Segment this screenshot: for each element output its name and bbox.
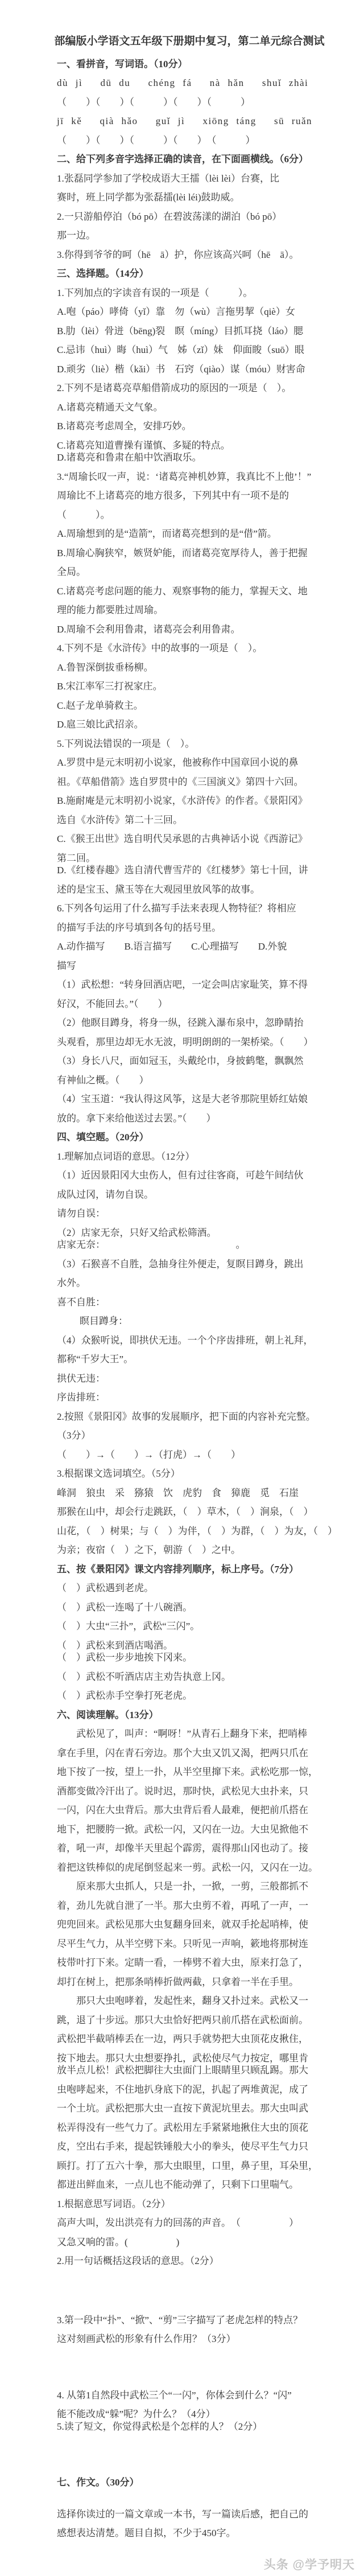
- text-line: 周瑜比不上诸葛亮的地方很多，下列其中有一项不是的: [57, 486, 330, 506]
- text-line: A.鲁智深倒拔垂杨柳。: [57, 658, 330, 677]
- text-line: 2.用一句话概括这段话的意思。（2分）: [57, 2252, 330, 2271]
- text-line: 却打在树上，把那条哨棒折做两截，只拿着一半在手里。: [57, 1973, 330, 1992]
- text-line: 描写: [57, 956, 330, 976]
- text-line: 武松把半截哨棒丢在一边，两只手就势把大虫顶花皮揪住，: [57, 2029, 330, 2049]
- text-line: （1）近因景阳冈大虫伤人，但有过往客商，可趁午间结伙: [57, 1166, 330, 1185]
- text-line: D.顽劣（liè）楷（kǎi）书 石窍（qiào）谋（móu）财害命: [57, 360, 330, 379]
- text-line: D.扈三娘比武招亲。: [57, 715, 330, 734]
- text-line: 酒都变做冷汗出了。说时迟，那时快，武松见大虫扑来，只: [57, 1782, 330, 1801]
- text-line: jī kě qià hǎo guǐ jì xiōng táng sū ruǎn: [57, 112, 330, 131]
- text-line: 1.张磊同学参加了学校成语大王擂（lèi lèi）台赛，比: [57, 169, 330, 188]
- watermark: 头条 @学予明天: [264, 2556, 355, 2573]
- text-line: （4）众猴听说，即拱伏无违。一个个序齿排班，朝上礼拜，: [57, 1331, 330, 1350]
- text-line: （3）身长八尺，面如冠玉，头戴纶巾，身披鹤氅，飘飘然: [57, 1051, 330, 1071]
- section-heading: 四、填空题。（20分）: [57, 1128, 330, 1147]
- text-line: 武松见了，叫声：“啊呀！”从青石上翻身下来，把哨棒: [57, 1724, 330, 1744]
- text-line: 请勿自误：: [57, 1204, 330, 1223]
- text-line: 着，劲儿先就自泄了一半。那大虫剪不着，再吼了一声，一: [57, 1896, 330, 1916]
- text-line: 1.根据意思写词语。（2分）: [57, 2195, 330, 2214]
- text-line: 水外。: [57, 1273, 330, 1293]
- text-line: 那猴在山中，却会行走跳跃，（ ）草木，（ ）涧泉，（ ）: [57, 1502, 330, 1522]
- text-line: （ ）（ ）（ ）（ ） （ ）: [57, 131, 330, 150]
- text-line: 松弄得没有一些气力了。武松用左手紧紧地揪住大虫的顶花: [57, 2118, 330, 2138]
- text-line: A.咆（páo）哮倚（yǐ）靠 勿（wù）言拖男挈（qiè）女: [57, 302, 330, 322]
- text-line: 1.下列加点的字读音有误的一项是（ ）。: [57, 284, 330, 303]
- text-line: 头观看，那里边却无水无波，明明朗朗的一架桥梁。（ ）: [57, 1033, 330, 1052]
- text-line: 瞑目蹲身：: [57, 1312, 330, 1331]
- section-heading: 七、作文。（30分）: [57, 2473, 330, 2492]
- text-line: （ ）武松遇到老虎。: [57, 1579, 330, 1598]
- text-line: 原来那大虫抓人，只是一扑，一掀，一剪，三般都抓不: [57, 1877, 330, 1896]
- text-line: 一闪，闪在大虫背后。那大虫背后看人最难，便把前爪搭在: [57, 1801, 330, 1820]
- text-line: 为亲；夜宿（ ）之下，朝游（ ）之中。: [57, 1540, 330, 1560]
- text-line: （ ）大虫“三扑”，武松“三闪”。: [57, 1617, 330, 1636]
- text-line: D.《红楼春趣》选自清代曹雪芹的《红楼梦》第七十回，讲: [57, 861, 330, 880]
- text-line: （3）石猴喜不自胜，急抽身往外便走，复瞑目蹲身，跳出: [57, 1255, 330, 1274]
- text-line: 那只大虫咆哮着，发起性来，翻身又扑过来。武松又一: [57, 1991, 330, 2011]
- text-line: （ ）武松一连喝了十八碗酒。: [57, 1598, 330, 1617]
- text-line: 皮，空出右手来，提起铁锤般大小的拳头，使尽平生气力只: [57, 2137, 330, 2156]
- text-line: 好汉，不能回去。”（ ）: [57, 995, 330, 1014]
- text-line: 这对刻画武松的形象有什么作用？（3分）: [57, 2330, 330, 2349]
- text-line: 5.读了短文，你觉得武松是个怎样的人？（2分）: [57, 2417, 330, 2437]
- text-line: 着，吼一声，却像半天里起个霹雳，震得那山冈也动了。接: [57, 1839, 330, 1858]
- text-line: 放半点儿松！武松把脚往大虫面门上眼睛里只顾乱踢。那大: [57, 2061, 330, 2080]
- text-line: A.诸葛亮精通天文气象。: [57, 398, 330, 417]
- text-line: A.周瑜想到的是“造箭”，而诸葛亮想到的是“借”箭。: [57, 524, 330, 544]
- text-line: 5.下列说法错误的一项是（ ）。: [57, 734, 330, 754]
- text-line: 祖。《草船借箭》选自罗贯中的《三国演义》第四十六回。: [57, 773, 330, 792]
- document-body: 部编版小学语文五年级下册期中复习，第二单元综合测试一、看拼音，写词语。（10分）…: [0, 0, 364, 2543]
- text-line: （ ）。: [57, 506, 330, 525]
- text-line: 3.第一段中“扑”、“掀”、“剪”三字描写了老虎怎样的特点？: [57, 2311, 330, 2330]
- text-line: 高声大叫，发出洪亮有力的回荡的声音。 （ ）: [57, 2213, 330, 2233]
- text-line: dù jì dū du chéng fá nà hǎn shuǐ zhài: [57, 73, 330, 93]
- text-line: 4. 从第1自然段中武松三个“一闪”，你体会到什么？“闪”: [57, 2386, 330, 2405]
- text-line: 赛时，班上同学都为张磊擂(lèi léi)鼓助威。: [57, 188, 330, 207]
- text-line: 山花，（ ）树果；与（ ）为伴，（ ）为群，（ ）为友，（ ）: [57, 1522, 330, 1541]
- text-line: A.罗贯中是元末明初小说家，他被称作中国章回小说的鼻: [57, 753, 330, 773]
- text-line: （ ）（ ）（ ）（ ）（ ）: [57, 93, 330, 112]
- text-line: 序齿排班：: [57, 1388, 330, 1407]
- text-line: 全局。: [57, 562, 330, 582]
- text-line: D.诸葛亮和鲁肃在船中饮酒取乐。: [57, 448, 330, 467]
- text-line: D.周瑜不会利用鲁肃，诸葛亮会利用鲁肃。: [57, 620, 330, 639]
- test-paper-page: 部编版小学语文五年级下册期中复习，第二单元综合测试一、看拼音，写词语。（10分）…: [0, 0, 364, 2576]
- section-heading: 三、选择题。（14分）: [57, 264, 330, 284]
- text-line: 地下，把腰胯一掀。武松一闪，又闪在一边。大虫见掀他不: [57, 1820, 330, 1839]
- text-line: （2）他瞑目蹲身，将身一纵，径跳入瀑布泉中，忽睁睛抬: [57, 1013, 330, 1033]
- text-line: 着把这铁棒似的虎尾倒竖起来一剪。武松一闪，又闪在一边。: [57, 1858, 330, 1877]
- text-line: C.诸葛亮考虑问题的能力、观察事物的能力，掌握天文、地: [57, 582, 330, 601]
- text-line: 放的。拿下来给他送过去罢。”（ ）: [57, 1109, 330, 1128]
- text-line: （ ）→（ ）→（打虎）→（ ）: [57, 1445, 330, 1465]
- text-line: 2.一只游船停泊（bó pō）在碧波荡漾的湖泊（bó pō）: [57, 207, 330, 227]
- text-line: C.忌讳（huì）晦（huì）气 姊（zǐ）妹 仰面睃（suō）眼: [57, 340, 330, 360]
- text-line: B.周瑜心胸狭窄，嫉贤妒能，而诸葛亮宽厚待人，善于把握: [57, 544, 330, 563]
- text-line: （4）宝玉道：“我认得这风筝，这是大老爷那院里娇红姑娘: [57, 1090, 330, 1109]
- section-heading: 五、按《景阳冈》课文内容排列顺序，标上序号。（7分）: [57, 1560, 330, 1579]
- text-line: 枝带叶打下来。定睛一看，一棒劈不着大虫，原来打急了，: [57, 1953, 330, 1973]
- section-heading: 六、阅读理解。（13分）: [57, 1706, 330, 1725]
- text-line: C.《猴王出世》选自明代吴承恩的古典神话小说《西游记》: [57, 829, 330, 849]
- text-line: 拱伏无违：: [57, 1369, 330, 1388]
- text-line: 顾打。打了五六十拳，那大虫眼里，口里，鼻子里，耳朵里，: [57, 2156, 330, 2176]
- text-line: 一个土坑。武松把那大虫一直按下黄泥坑里去。那大虫叫武: [57, 2099, 330, 2118]
- text-line: B.诸葛亮考虑周全，安排巧妙。: [57, 417, 330, 436]
- text-line: 3.“周瑜长叹一声，说：‘诸葛亮神机妙算，我真比不上他’！”: [57, 467, 330, 487]
- text-line: B.肋（lèi）骨迸（bēng)裂 瞑（míng）目抓耳挠（láo）腮: [57, 322, 330, 341]
- text-line: 又急又响的雷。( ): [57, 2233, 330, 2252]
- text-line: B.宋江率军三打祝家庄。: [57, 677, 330, 696]
- text-line: 2.按照《景阳冈》故事的发展顺序，把下面的内容补充完整。: [57, 1407, 330, 1427]
- text-line: 那一边。: [57, 226, 330, 245]
- text-line: 兜兜回来。武松见那大虫复翻身回来，就双手抡起哨棒，使: [57, 1915, 330, 1934]
- text-line: 虫咆哮起来，不住地扒身底下的泥，扒起了两堆黄泥，成了: [57, 2080, 330, 2100]
- text-line: 跳，退了十步远。那只大虫恰好把两只前爪搭在武松面前。: [57, 2011, 330, 2030]
- text-line: 感想表达清楚。题目自拟，不少于450字。: [57, 2524, 330, 2543]
- text-line: 6.下列各句运用了什么描写手法来表现人物特征？将相应: [57, 899, 330, 918]
- text-line: 成队过冈，请勿自误。: [57, 1185, 330, 1205]
- text-line: 3.根据课文选词填空。（5分）: [57, 1464, 330, 1484]
- text-line: 2.下列不是诸葛亮草船借箭成功的原因的一项是（ ）。: [57, 379, 330, 398]
- text-line: （ ）武松不听酒店店主劝告执意上冈。: [57, 1667, 330, 1687]
- text-line: （3分）: [57, 1426, 330, 1445]
- text-line: 峰洞 狼虫 采 猕猿 饮 虎豹 食 獐鹿 觅 石崖: [57, 1484, 330, 1503]
- text-line: B.施耐庵是元末明初小说家，《水浒传》的作者。《景阳冈》: [57, 791, 330, 811]
- text-line: 店家无奈： 。: [57, 1235, 330, 1255]
- text-line: 都迸出鲜血来，一点儿也不能动弹了，只剩下口里喘气。: [57, 2175, 330, 2195]
- text-line: 尽平生气力，从半空劈下来。只听见一声响，簌地将那树连: [57, 1934, 330, 1954]
- text-line: （ ）武松赤手空拳打死老虎。: [57, 1686, 330, 1706]
- section-heading: 二、给下列多音字选择正确的读音，在下面画横线。（6分）: [57, 150, 330, 169]
- section-heading: 一、看拼音，写词语。（10分）: [57, 55, 330, 74]
- text-line: （ ）武松一步步地挨下冈来。: [57, 1648, 330, 1667]
- text-line: 3.你得到爷爷的呵（hē ā）护，你应该高兴呵（hē ā）。: [57, 245, 330, 265]
- text-line: 地下按了一按，望上一扑，从半空里撺下来。武松吃那一惊，: [57, 1762, 330, 1782]
- text-line: 4.下列不是《水浒传》中的故事的一项是（ ）。: [57, 639, 330, 658]
- text-line: 拿在手里，闪在青石旁边。那个大虫又饥又渴，把两只爪在: [57, 1744, 330, 1763]
- text-line: 选择你读过的一篇文章或一本书，写一篇读后感，把自己的: [57, 2505, 330, 2524]
- text-line: 选自《水浒传》第二十三回。: [57, 811, 330, 830]
- text-line: 有神仙之概。（ ）: [57, 1071, 330, 1090]
- text-line: A.动作描写 B.语言描写 C.心理描写 D.外貌: [57, 937, 330, 956]
- text-line: 述的是宝玉、黛玉等在大观园里放风筝的故事。: [57, 880, 330, 899]
- text-line: 都称“千岁大王”。: [57, 1350, 330, 1369]
- text-line: 喜不自胜：: [57, 1293, 330, 1312]
- text-line: 理的能力都要胜过周瑜。: [57, 601, 330, 620]
- text-line: 1.理解加点词语的意思。（12分）: [57, 1147, 330, 1166]
- text-line: C.赵子龙单骑救主。: [57, 696, 330, 716]
- text-line: 的描写手法的序号填到各句的括号里。: [57, 918, 330, 938]
- text-line: （1）武松想：“转身回酒店吧，一定会叫店家耻笑，算不得: [57, 975, 330, 995]
- page-title: 部编版小学语文五年级下册期中复习，第二单元综合测试: [49, 32, 330, 51]
